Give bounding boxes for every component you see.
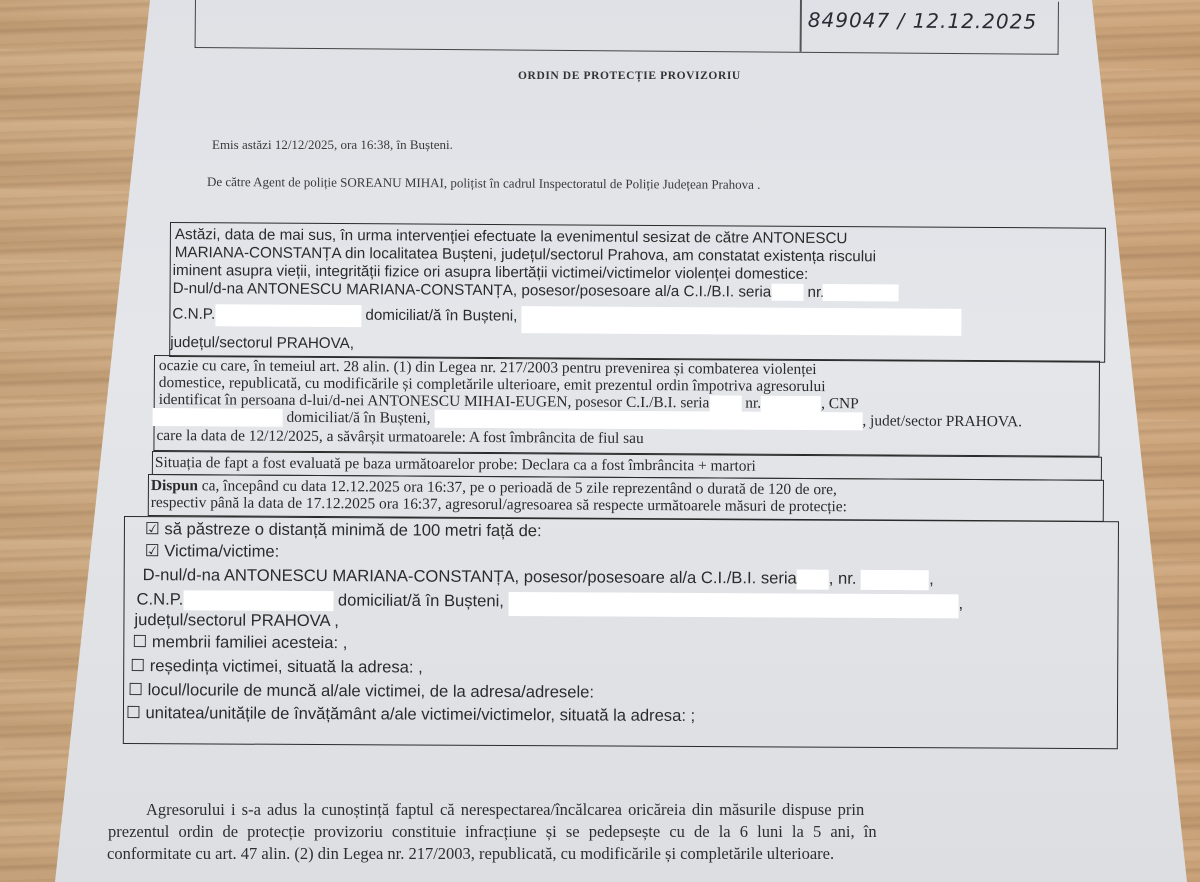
intro-section: Astăzi, data de mai sus, în urma interve… — [169, 222, 1106, 363]
measure-distance-label: să păstreze o distanță minimă de 100 met… — [160, 519, 542, 540]
measure-option-school-label: unitatea/unitățile de învățământ a/ale v… — [141, 703, 695, 725]
redacted-cnp — [215, 304, 361, 327]
redacted-victim-series — [797, 569, 829, 589]
aggressor-nr-label: nr. — [745, 395, 761, 412]
checkbox-unchecked-icon[interactable]: ☐ — [130, 656, 145, 675]
measure-cnp-label: C.N.P. — [137, 589, 184, 608]
redacted-address — [522, 306, 962, 336]
document: 849047 / 12.12.2025 ORDIN DE PROTECȚIE P… — [0, 0, 1200, 882]
intro-cnp-label: C.N.P. — [172, 306, 215, 323]
footer-line-1: Agresorului i s-a adus la cunoștință fap… — [146, 800, 864, 820]
registration-divider — [800, 0, 802, 52]
intro-domicile-label: domiciliat/ă în Bușteni, — [365, 307, 517, 325]
checkbox-unchecked-icon[interactable]: ☐ — [128, 680, 143, 699]
order-section: Dispun ca, începând cu data 12.12.2025 o… — [148, 474, 1104, 522]
checkbox-checked-icon[interactable]: ☑ — [145, 541, 160, 560]
measure-victim-label: Victima/victime: — [160, 541, 280, 561]
measure-option-workplace-label: locul/locurile de muncă al/ale victimei,… — [143, 680, 594, 701]
aggressor-county: , judet/sector PRAHOVA. — [862, 412, 1022, 430]
redacted-victim-address — [508, 592, 958, 618]
intro-victim-text: D-nul/d-na ANTONESCU MARIANA-CONSTANȚA, … — [173, 280, 772, 301]
measure-victim[interactable]: ☑ Victima/victime: — [145, 539, 280, 563]
intro-cnp-line: C.N.P. domiciliat/ă în Bușteni, — [172, 298, 961, 336]
footer-line-2: prezentul ordin de protecție provizoriu … — [108, 822, 877, 842]
measure-option-workplace[interactable]: ☐ locul/locurile de muncă al/ale victime… — [128, 678, 594, 703]
checkbox-checked-icon[interactable]: ☑ — [145, 519, 160, 538]
aggressor-cnp-label: , CNP — [821, 395, 859, 412]
measure-county-line: județul/sectorul PRAHOVA , — [134, 608, 339, 632]
redacted-id-number — [822, 284, 898, 301]
order-bold-word: Dispun — [151, 477, 198, 494]
redacted-aggressor-cnp — [153, 408, 283, 427]
measure-option-residence-label: reședința victimei, situată la adresa: , — [145, 656, 423, 676]
measure-option-family[interactable]: ☐ membrii familiei acesteia: , — [132, 630, 347, 654]
measure-comma-2: , — [959, 594, 964, 613]
footer-line-3: conformitate cu art. 47 alin. (2) din Le… — [107, 844, 834, 864]
measure-nr-label: , nr. — [829, 569, 857, 588]
measure-victim-text: D-nul/d-na ANTONESCU MARIANA-CONSTANȚA, … — [143, 565, 797, 587]
aggressor-section: ocazie cu care, în temeiul art. 28 alin.… — [153, 355, 1100, 457]
redacted-aggressor-address — [434, 410, 862, 431]
order-line-2: respectiv până la data de 17.12.2025 ora… — [151, 494, 847, 516]
redacted-id-series — [771, 284, 803, 301]
measure-comma: , — [929, 569, 934, 588]
registration-number: 849047 / 12.12.2025 — [808, 8, 1037, 34]
registration-box: 849047 / 12.12.2025 — [195, 0, 1059, 55]
measure-option-school[interactable]: ☐ unitatea/unitățile de învățământ a/ale… — [126, 701, 695, 727]
checkbox-unchecked-icon[interactable]: ☐ — [126, 703, 141, 722]
measure-option-residence[interactable]: ☐ reședința victimei, situată la adresa:… — [130, 654, 423, 679]
checkbox-unchecked-icon[interactable]: ☐ — [132, 632, 147, 651]
aggressor-act-line: care la data de 12/12/2025, a săvârșit u… — [156, 427, 643, 447]
redacted-aggressor-number — [761, 396, 821, 413]
evidence-line: Situația de fapt a fost evaluată pe baza… — [155, 453, 756, 477]
issuer-line: De către Agent de poliție SOREANU MIHAI,… — [207, 174, 761, 193]
measure-option-family-label: membrii familiei acesteia: , — [147, 632, 347, 652]
redacted-aggressor-series — [709, 395, 741, 412]
intro-county-line: județul/sectorul PRAHOVA, — [170, 334, 354, 353]
issued-line: Emis astăzi 12/12/2025, ora 16:38, în Bu… — [212, 137, 453, 153]
measure-domicile-label: domiciliat/ă în Bușteni, — [338, 591, 504, 611]
redacted-victim-number — [861, 569, 929, 589]
document-title: ORDIN DE PROTECȚIE PROVIZORIU — [518, 70, 741, 82]
measures-section: ☑ să păstreze o distanță minimă de 100 m… — [123, 516, 1119, 749]
aggressor-domicile-label: domiciliat/ă în Bușteni, — [286, 409, 430, 427]
